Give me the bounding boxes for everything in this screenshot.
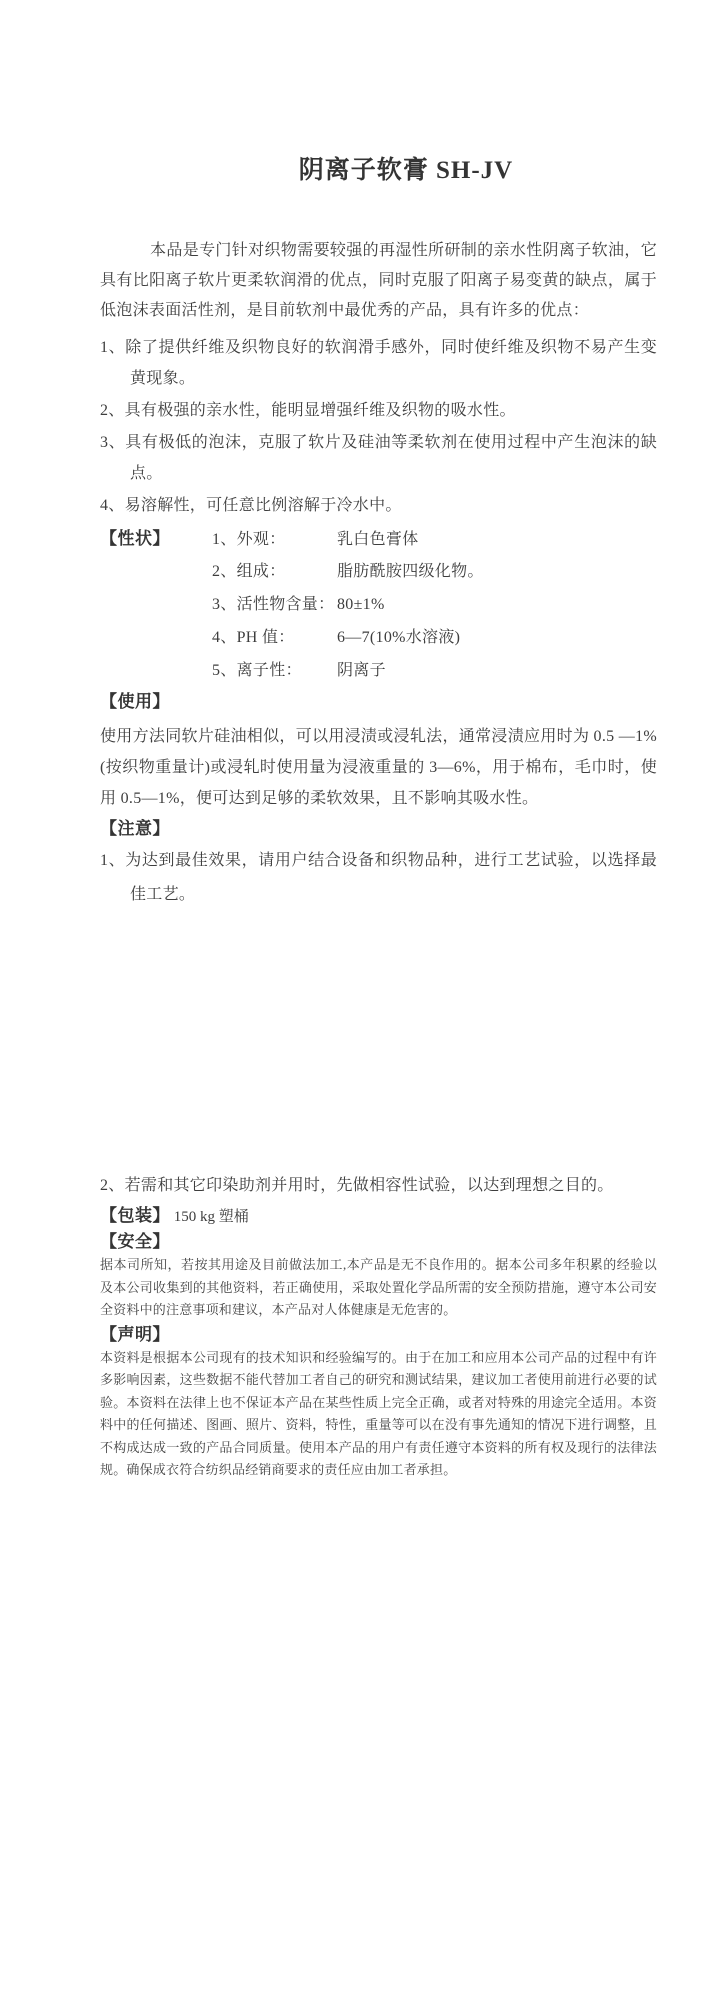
property-value: 80±1% [337,588,385,621]
page-title: 阴离子软膏 SH-JV [100,156,657,186]
safety-paragraph: 据本司所知，若按其用途及目前做法加工,本产品是无不良作用的。据本公司多年积累的经… [100,1254,657,1322]
safety-section-header: 【安全】 [100,1230,657,1254]
advantage-item: 4、易溶解性，可任意比例溶解于冷水中。 [100,490,657,521]
property-row: 4、PH 值： 6—7(10%水溶液) [100,621,657,654]
packaging-section-header: 【包装】 [100,1206,170,1225]
usage-section-header: 【使用】 [100,687,657,717]
intro-paragraph: 本品是专门针对织物需要较强的再湿性所研制的亲水性阴离子软油，它具有比阳离子软片更… [100,236,657,326]
statement-section-header: 【声明】 [100,1322,657,1347]
document-content: 阴离子软膏 SH-JV 本品是专门针对织物需要较强的再湿性所研制的亲水性阴离子软… [100,0,657,1482]
property-label: 2、组成： [212,555,337,588]
property-value: 阴离子 [337,654,386,687]
page-break-gap [100,912,657,1170]
advantage-item: 1、除了提供纤维及织物良好的软润滑手感外，同时使纤维及织物不易产生变黄现象。 [100,332,657,394]
advantages-list: 1、除了提供纤维及织物良好的软润滑手感外，同时使纤维及织物不易产生变黄现象。 2… [100,332,657,521]
note-item: 1、为达到最佳效果，请用户结合设备和织物品种，进行工艺试验，以选择最佳工艺。 [100,844,657,912]
packaging-section: 【包装】 150 kg 塑桶 [100,1203,657,1230]
packaging-value: 150 kg 塑桶 [174,1209,249,1225]
property-row: 5、离子性： 阴离子 [100,654,657,687]
properties-section: 【性状】 1、外观： 乳白色膏体 2、组成： 脂肪酰胺四级化物。 3、活性物含量… [100,522,657,687]
property-row: 【性状】 1、外观： 乳白色膏体 [100,522,657,555]
statement-paragraph: 本资料是根据本公司现有的技术知识和经验编写的。由于在加工和应用本公司产品的过程中… [100,1347,657,1482]
property-row: 3、活性物含量： 80±1% [100,588,657,621]
properties-section-header: 【性状】 [100,522,212,555]
property-label: 5、离子性： [212,654,337,687]
property-value: 脂肪酰胺四级化物。 [337,555,484,588]
property-label: 3、活性物含量： [212,588,337,621]
usage-paragraph: 使用方法同软片硅油相似，可以用浸渍或浸轧法，通常浸渍应用时为 0.5 —1%(按… [100,721,657,814]
advantage-item: 3、具有极低的泡沫，克服了软片及硅油等柔软剂在使用过程中产生泡沫的缺点。 [100,427,657,489]
note-item: 2、若需和其它印染助剂并用时，先做相容性试验，以达到理想之目的。 [100,1170,657,1201]
advantage-item: 2、具有极强的亲水性，能明显增强纤维及织物的吸水性。 [100,395,657,426]
property-value: 乳白色膏体 [337,523,419,556]
property-value: 6—7(10%水溶液) [337,621,460,654]
notes-section-header: 【注意】 [100,814,657,844]
property-label: 4、PH 值： [212,621,337,654]
property-row: 2、组成： 脂肪酰胺四级化物。 [100,555,657,588]
property-label: 1、外观： [212,523,337,556]
document-page: 阴离子软膏 SH-JV 本品是专门针对织物需要较强的再湿性所研制的亲水性阴离子软… [0,0,725,2000]
